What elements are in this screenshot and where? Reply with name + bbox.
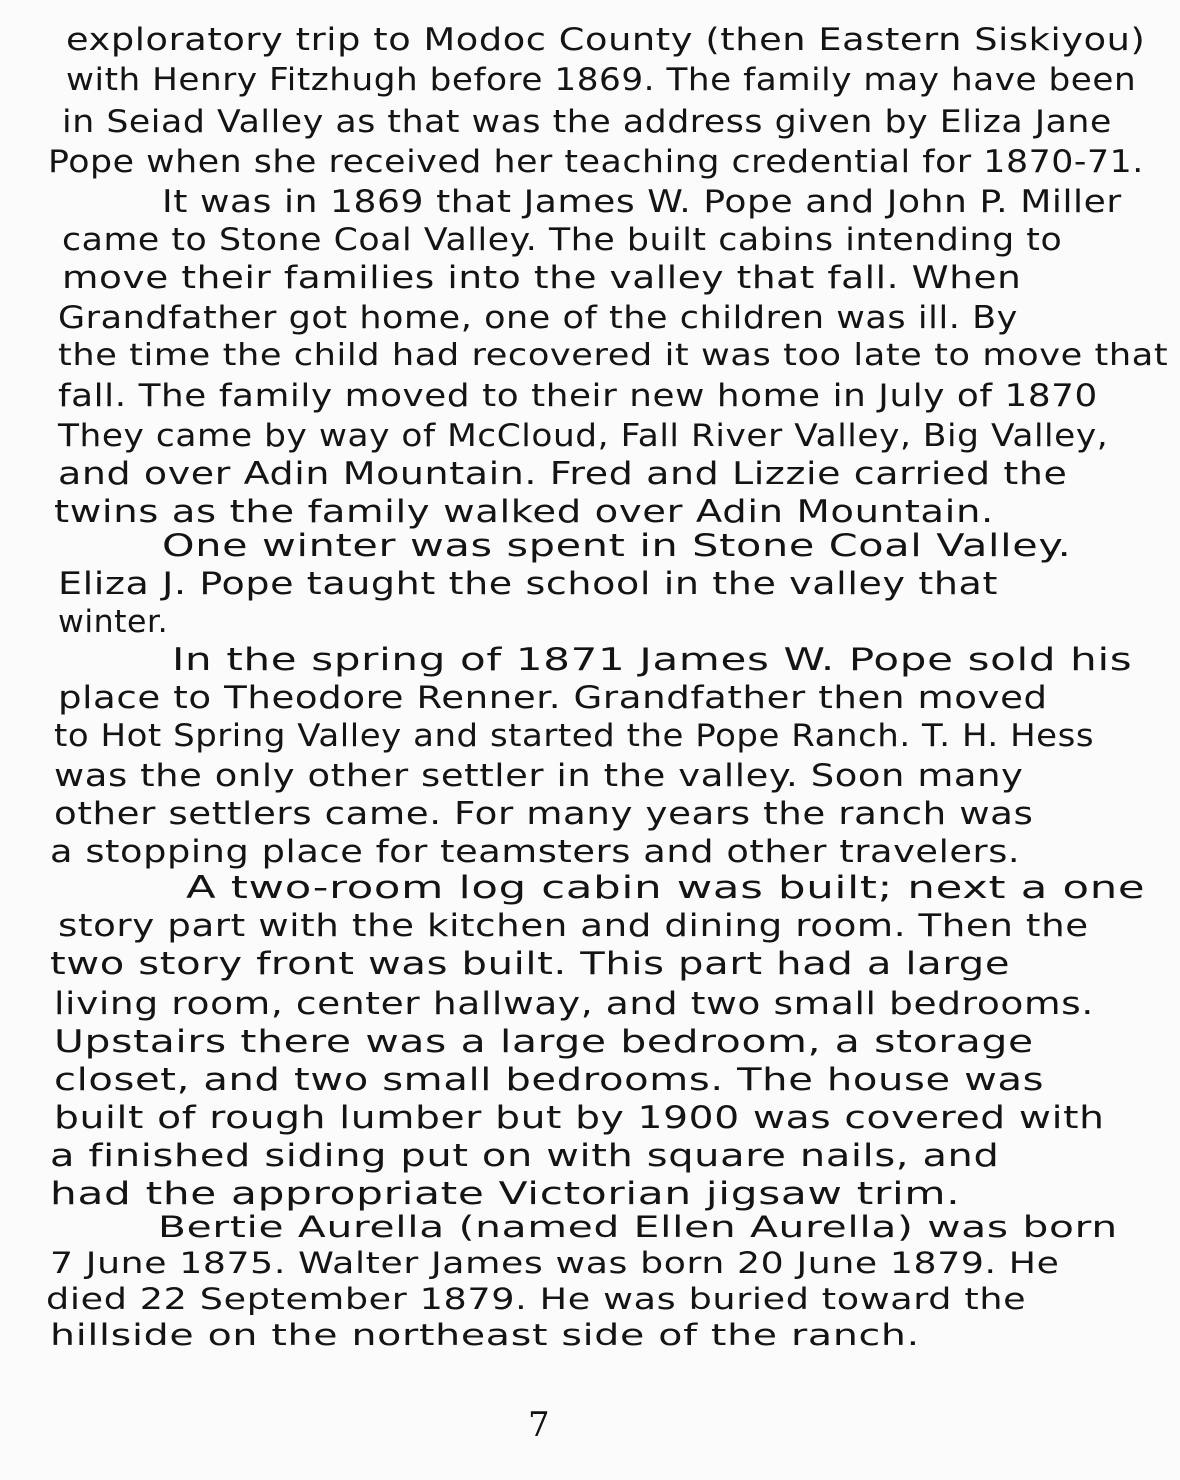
- text-line: Bertie Aurella (named Ellen Aurella) was…: [158, 1210, 1118, 1244]
- text-line: to Hot Spring Valley and started the Pop…: [54, 718, 1094, 754]
- text-line: the time the child had recovered it was …: [58, 338, 1168, 373]
- text-line: winter.: [58, 604, 168, 640]
- handwritten-document-page: exploratory trip to Modoc County (then E…: [0, 0, 1180, 1480]
- text-line: story part with the kitchen and dining r…: [58, 908, 1089, 944]
- text-line: Pope when she received her teaching cred…: [48, 144, 1144, 180]
- text-line: They came by way of McCloud, Fall River …: [58, 418, 1108, 454]
- text-line: It was in 1869 that James W. Pope and Jo…: [162, 184, 1122, 220]
- text-line: twins as the family walked over Adin Mou…: [54, 494, 994, 530]
- text-line: move their families into the valley that…: [62, 260, 1021, 296]
- page-number: 7: [528, 1405, 550, 1445]
- text-line: two story front was built. This part had…: [50, 946, 1010, 982]
- text-line: Eliza J. Pope taught the school in the v…: [58, 566, 998, 602]
- text-line: had the appropriate Victorian jigsaw tri…: [50, 1176, 960, 1212]
- text-line: place to Theodore Renner. Grandfather th…: [58, 680, 1048, 716]
- text-line: came to Stone Coal Valley. The built cab…: [62, 222, 1062, 258]
- text-line: 7 June 1875. Walter James was born 20 Ju…: [50, 1246, 1059, 1280]
- text-line: living room, center hallway, and two sma…: [54, 986, 1094, 1022]
- text-line: in Seiad Valley as that was the address …: [62, 104, 1112, 140]
- text-line: A two-room log cabin was built; next a o…: [186, 870, 1145, 906]
- text-line: fall. The family moved to their new home…: [58, 378, 1098, 414]
- text-line: Grandfather got home, one of the childre…: [58, 300, 1018, 336]
- text-line: In the spring of 1871 James W. Pope sold…: [172, 642, 1132, 678]
- text-line: Upstairs there was a large bedroom, a st…: [54, 1024, 1034, 1060]
- text-line: built of rough lumber but by 1900 was co…: [54, 1100, 1105, 1136]
- text-line: exploratory trip to Modoc County (then E…: [66, 22, 1145, 58]
- text-line: was the only other settler in the valley…: [54, 758, 1023, 794]
- text-line: a finished siding put on with square nai…: [50, 1138, 999, 1174]
- text-line: and over Adin Mountain. Fred and Lizzie …: [58, 456, 1067, 492]
- text-line: hillside on the northeast side of the ra…: [50, 1318, 920, 1352]
- text-line: closet, and two small bedrooms. The hous…: [54, 1062, 1044, 1098]
- text-line: One winter was spent in Stone Coal Valle…: [162, 528, 1071, 564]
- text-line: died 22 September 1879. He was buried to…: [46, 1282, 1026, 1316]
- text-line: with Henry Fitzhugh before 1869. The fam…: [66, 62, 1136, 98]
- text-line: other settlers came. For many years the …: [54, 796, 1033, 832]
- text-line: a stopping place for teamsters and other…: [50, 834, 1020, 870]
